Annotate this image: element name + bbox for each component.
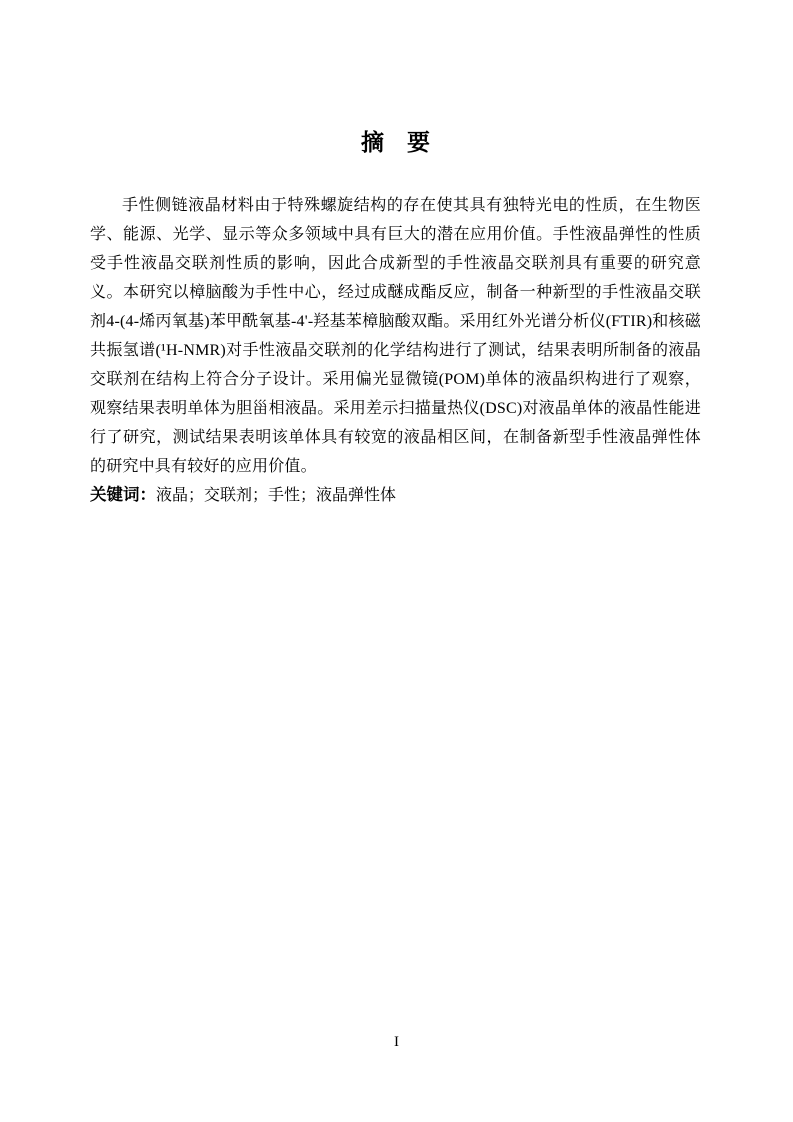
page-content: 摘 要 手性侧链液晶材料由于特殊螺旋结构的存在使其具有独特光电的性质，在生物医学… [0, 0, 793, 510]
keywords-label: 关键词： [90, 486, 156, 504]
page-number: I [0, 1032, 793, 1052]
abstract-paragraph: 手性侧链液晶材料由于特殊螺旋结构的存在使其具有独特光电的性质，在生物医学、能源、… [90, 191, 701, 481]
keywords-text: 液晶；交联剂；手性；液晶弹性体 [156, 487, 396, 504]
document-page: 摘 要 手性侧链液晶材料由于特殊螺旋结构的存在使其具有独特光电的性质，在生物医学… [0, 0, 793, 1122]
keywords-line: 关键词：液晶；交联剂；手性；液晶弹性体 [90, 481, 701, 510]
abstract-title: 摘 要 [90, 0, 701, 160]
